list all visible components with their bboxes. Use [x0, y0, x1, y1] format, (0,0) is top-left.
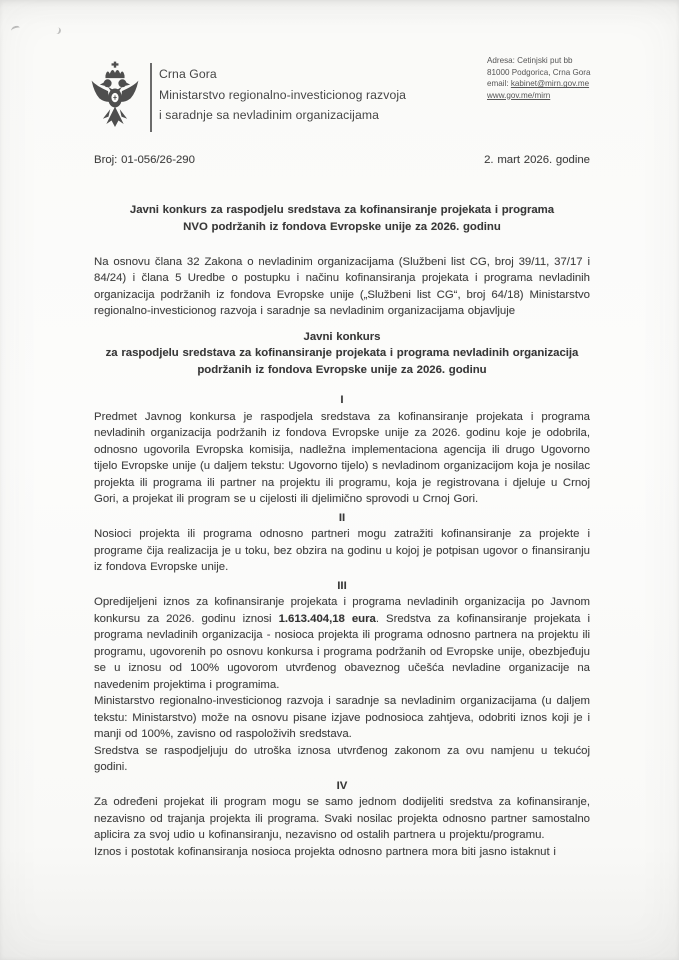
title-line-1: Javni konkurs za raspodjelu sredstava za… — [94, 202, 590, 219]
email-link[interactable]: kabinet@mirn.gov.me — [511, 79, 589, 88]
org-name-block: Crna Gora Ministarstvo regionalno-invest… — [159, 64, 406, 126]
email-label: email: — [487, 79, 511, 88]
document-number: Broj: 01-056/26-290 — [94, 152, 195, 169]
section-iv-paragraph-1: Za određeni projekat ili program mogu se… — [94, 794, 590, 844]
contact-block: Adresa: Cetinjski put bb 81000 Podgorica… — [487, 55, 590, 101]
allocated-amount: 1.613.404,18 eura — [279, 613, 376, 625]
document-body: Broj: 01-056/26-290 2. mart 2026. godine… — [94, 152, 590, 860]
org-ministry-line1: Ministarstvo regionalno-investicionog ra… — [159, 85, 406, 106]
contact-address-line1: Adresa: Cetinjski put bb — [487, 55, 590, 67]
document-meta-row: Broj: 01-056/26-290 2. mart 2026. godine — [94, 152, 590, 169]
section-numeral-i: I — [94, 392, 590, 409]
contact-email-line: email: kabinet@mirn.gov.me — [487, 78, 590, 90]
section-numeral-iii: III — [94, 578, 590, 595]
subtitle-line-1: Javni konkurs — [94, 329, 590, 346]
section-i-paragraph: Predmet Javnog konkursa je raspodjela sr… — [94, 409, 590, 508]
section-numeral-iv: IV — [94, 778, 590, 795]
letterhead: Crna Gora Ministarstvo regionalno-invest… — [0, 0, 679, 145]
section-iii-paragraph-1: Opredijeljeni iznos za kofinansiranje pr… — [94, 594, 590, 693]
website-link[interactable]: www.gov.me/mirn — [487, 91, 550, 100]
subtitle-block: Javni konkurs za raspodjelu sredstava za… — [94, 329, 590, 379]
subtitle-line-2: za raspodjelu sredstava za kofinansiranj… — [94, 345, 590, 362]
intro-paragraph: Na osnovu člana 32 Zakona o nevladinim o… — [94, 254, 590, 320]
section-iii-paragraph-3: Sredstva se raspodjeljuju do utroška izn… — [94, 743, 590, 776]
section-ii-paragraph: Nosioci projekta ili programa odnosno pa… — [94, 526, 590, 576]
section-numeral-ii: II — [94, 510, 590, 527]
document-date: 2. mart 2026. godine — [484, 152, 590, 169]
title-line-2: NVO podržanih iz fondova Evropske unije … — [94, 219, 590, 236]
scanned-document-page: Crna Gora Ministarstvo regionalno-invest… — [0, 0, 679, 960]
section-iii-paragraph-2: Ministarstvo regionalno-investicionog ra… — [94, 693, 590, 743]
subtitle-line-3: podržanih iz fondova Evropske unije za 2… — [94, 362, 590, 379]
letterhead-divider — [150, 63, 152, 132]
montenegro-coat-of-arms-logo — [89, 60, 141, 136]
section-iv-paragraph-2: Iznos i postotak kofinansiranja nosioca … — [94, 844, 590, 861]
contact-address-line2: 81000 Podgorica, Crna Gora — [487, 67, 590, 79]
org-ministry-line2: i saradnje sa nevladinim organizacijama — [159, 105, 406, 126]
org-country: Crna Gora — [159, 64, 406, 85]
document-title: Javni konkurs za raspodjelu sredstava za… — [94, 202, 590, 236]
